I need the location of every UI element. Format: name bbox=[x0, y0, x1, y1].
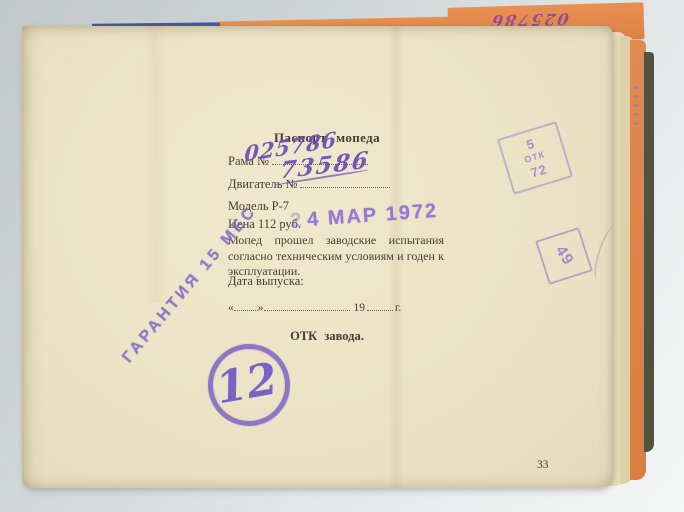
paper-page: Паспорт мопеда Рама № Двигатель № Модель… bbox=[22, 26, 612, 488]
date-stamp-main: 4 МАР 1972 bbox=[306, 200, 438, 231]
circle-stamp-number: 12 bbox=[212, 353, 281, 414]
page-edge-ink-marks bbox=[633, 86, 639, 130]
date-stamp: 24 МАР 1972 bbox=[289, 200, 439, 233]
otk-box-stamp: 5 ОТК 72 bbox=[497, 121, 573, 195]
year-suffix: г. bbox=[395, 302, 401, 314]
scanner-background: 025786 Паспорт мопеда Рама № Двигатель №… bbox=[0, 0, 684, 512]
release-date-label: Дата выпуска: bbox=[228, 274, 304, 289]
otk-box-bottom: 72 bbox=[529, 161, 550, 181]
paper-crease bbox=[142, 26, 168, 303]
otk-zavoda-line: ОТК завода. bbox=[217, 329, 437, 344]
dotted-line bbox=[264, 300, 350, 311]
number-box-value: 49 bbox=[551, 243, 577, 269]
number-box-stamp: 49 bbox=[535, 227, 593, 285]
page-stack-edge-dark bbox=[644, 52, 654, 452]
dotted-line bbox=[367, 300, 393, 311]
dotted-line bbox=[234, 300, 258, 311]
page-number: 33 bbox=[537, 459, 549, 471]
conformity-paragraph: Мопед прошел заводские испытания согласн… bbox=[228, 233, 444, 280]
year-prefix: 19 bbox=[354, 302, 366, 314]
date-blank-line: « » 19 г. bbox=[228, 300, 420, 314]
circle-stamp: 12 bbox=[202, 338, 297, 433]
date-stamp-faint-digit: 2 bbox=[289, 209, 304, 232]
